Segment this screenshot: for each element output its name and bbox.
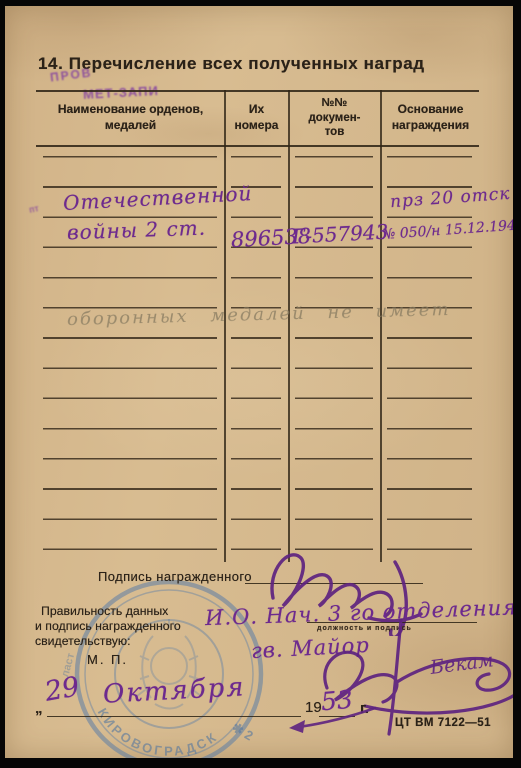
table-ruled-lines-col2 [224,151,288,553]
header-line: награждения [392,118,469,134]
date-open-quote: „ [35,700,43,717]
table-ruled-lines-col3 [288,151,380,553]
scanned-award-record: { "title": "14. Перечисление всех получе… [0,0,521,768]
table-header-award-basis: Основание награждения [382,92,479,144]
header-line: Их [249,102,264,118]
table-header-bottom-border [36,145,479,147]
awardee-signature-label: Подпись награжденного [98,569,252,584]
hw-date-day: 29 [43,671,82,707]
table-header-award-name: Наименование орденов, медалей [38,92,223,144]
form-code: ЦТ ВМ 7122—51 [395,717,491,729]
header-line: медалей [105,118,156,134]
certify-line1: Правильность данных [41,604,168,618]
table-header-document-numbers: №№ докумен- тов [290,92,379,144]
header-line: номера [235,118,279,134]
header-line: Основание [398,102,464,118]
header-line: №№ [322,96,348,111]
certify-line2: и подпись награжденного [35,619,181,633]
header-line: Наименование орденов, [58,102,203,118]
date-underline [47,716,301,717]
table-header-numbers: Их номера [226,92,287,144]
certify-line3: свидетельствую: [35,634,131,648]
seal-place-mark: М. П. [87,652,128,667]
document-page: 14. Перечисление всех полученных наград … [5,6,513,758]
hw-document-number: Г-557943 [291,219,388,248]
section-title: 14. Перечисление всех полученных наград [38,54,425,74]
ink-arrow [285,702,380,737]
hw-award-name-line2: войны 2 ст. [67,216,207,245]
header-line: докумен- [308,111,360,126]
header-line: тов [325,125,345,140]
